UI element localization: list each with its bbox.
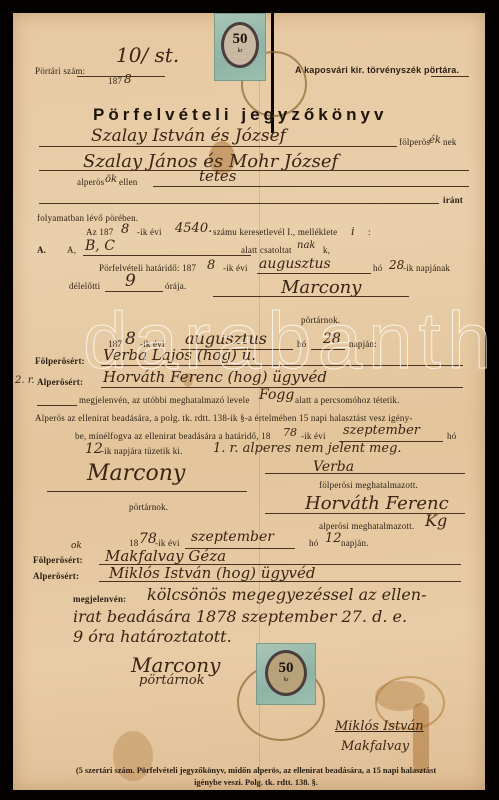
s1-be-month: szeptember [343,423,420,438]
a2-label: A, [67,245,76,255]
kereset-az: Az 187 [86,227,113,237]
s1-megjelenven-hw: Fogg [259,387,294,403]
footer-note: (5 szertári szám. Pörfelvételi jegyzőkön… [41,765,471,789]
s2-felporosert-label: Fölperösért: [33,555,83,565]
s2-portarnok-title: pörtárnok [139,673,205,688]
s1-felporosi-meghatalmazott: fölperösi meghatalmazott. [319,480,418,490]
hatarido-day: 28 [389,258,404,272]
footer-line-1: (5 szertári szám. Pörfelvételi jegyzőkön… [41,765,471,777]
court-header: A kaposvári kir. törvényszék pörtára. [295,65,459,75]
year-prefix: 187 [108,76,122,86]
s1-felporosert-label: Fölperösért: [35,356,85,366]
s2-alporosert-label: Alperösért: [33,571,79,581]
a-line [83,255,251,256]
plaintiff-line [39,146,397,147]
alatt-csatoltat: alatt csatoltat [241,245,292,255]
irant-label: iránt [443,195,463,205]
ellen-handwritten: tetes [199,167,237,185]
felporos-label: fölperös [399,137,430,147]
defendant-line [39,170,469,171]
s2-megjelenven-label: megjelenvén: [73,594,126,604]
kereset-szamu: számu keresetlevél I., melléklete [213,227,337,237]
document-title: Pörfelvételi jegyzőkönyv [93,105,387,125]
a-attachments: B, C [85,238,115,254]
year-suffix: 8 [124,72,132,86]
oraja-label: órája. [165,281,186,291]
s1-portarnok-line [47,491,247,492]
stamp-unit: kr [215,48,265,54]
s1-alporosi-meghatalmazott: alperösi meghatalmazott. [319,521,414,531]
court-header-underline [431,76,469,77]
hatarido-month: augusztus [259,256,331,272]
k-label: k, [323,245,330,255]
kereset-number: 4540. [175,221,212,236]
delelotti-hour: 9 [125,271,136,291]
delelotti-line [105,291,163,292]
portari-szam-label: Pörtári szám: [35,66,85,76]
stamp-value: 50 [215,31,265,48]
revenue-stamp-top: 50 kr [214,13,266,81]
irant-line [39,203,439,204]
s1-napjara: -ik napjára tüzetik ki. [101,446,183,456]
s2-day: 12 [325,531,342,546]
ellen-label: ellen [119,177,138,187]
kereset-year: 8 [121,222,129,237]
hatarido-ho: hó [373,263,382,273]
s2-right-signature: Miklós István [335,719,424,734]
s2-felporosert: Makfalvay Géza [105,547,226,565]
document-paper: 50 kr 50 kr Pörtári szám: 10/ st. 187 8 … [13,13,485,790]
s1-be-ho: hó [447,431,456,441]
portari-szam-value: 10/ st. [116,43,179,67]
kereset-colon: : [368,227,371,237]
hatarido-year: 8 [207,258,215,273]
delelotti-label: délelőtti [69,281,100,291]
csatoltat-hw: nak [297,240,315,251]
s2-megjelenven-line1: kölcsönös megegyezéssel az ellen- [147,585,427,604]
s1-alporos-text: Alperös az ellenirat beadására, a polg. … [35,413,413,423]
s1-portarnok-signature: Marcony [87,461,185,486]
s1-portarnok-label: pörtárnok. [129,502,168,512]
s1-note: 1. r. alperes nem jelent meg. [213,441,402,456]
s2-megjelenven-line2: irat beadására 1878 szeptember 27. d. e. [73,607,407,626]
hatarido-napjanak: -ik napjának [403,263,450,273]
alporos-suffix: ök [105,174,117,185]
s2-megjelenven-line3: 9 óra határoztatott. [73,627,232,646]
hatarido-month-line [257,273,371,274]
plaintiff-handwritten: Szalay István és József [91,126,286,146]
s1-alporosert-label: Alperösért: [37,377,83,387]
s2-alporosert-line [99,581,461,582]
felporos-suffix: ék [429,135,441,146]
watermark: darabanth [83,295,497,387]
footer-line-2: igénybe veszi. Polg. tk. rdtt. 138. §. [41,777,471,789]
s1-megjelenven-text: megjelenvén, az utóbbi meghatalmazó leve… [79,395,250,405]
s1-alporosert-prefix: 2. r. [15,375,35,386]
s1-be-year: 78 [283,426,297,439]
hatarido-ik-evi: -ik évi [223,263,248,273]
revenue-stamp-bottom: 50 kr [256,643,316,705]
s1-be-ik-evi: -ik évi [301,431,326,441]
hatarido-label: Pörfelvételi határidő: 187 [99,263,196,273]
s2-right-signature-2: Makfalvay [341,739,409,754]
s2-alporosert: Miklós István (hog) ügyvéd [109,564,316,582]
alporos-label: alperös [77,177,104,187]
s1-initials: Kg [425,511,447,530]
ellen-line [153,186,469,187]
kereset-ik-evi: -ik évi [137,227,162,237]
stamp-unit: kr [257,677,315,683]
s1-megjelenven-blank [37,405,77,406]
s1-felporosi-line [265,473,465,474]
nek-label: nek [443,137,457,147]
s2-napjan: napján. [341,538,369,548]
a-label: A. [37,245,46,255]
s2-month: szeptember [191,529,274,545]
melleklete-handwritten: i [351,225,355,238]
s1-be-text: be, mínélfogva az ellenirat beadására a … [75,431,271,441]
s2-felporosert-prefix: ok [71,541,82,551]
s1-megjelenven-end: alatt a percsomóhoz tétetik. [295,395,400,405]
stamp-value: 50 [257,660,315,677]
s2-ho: hó [309,538,318,548]
